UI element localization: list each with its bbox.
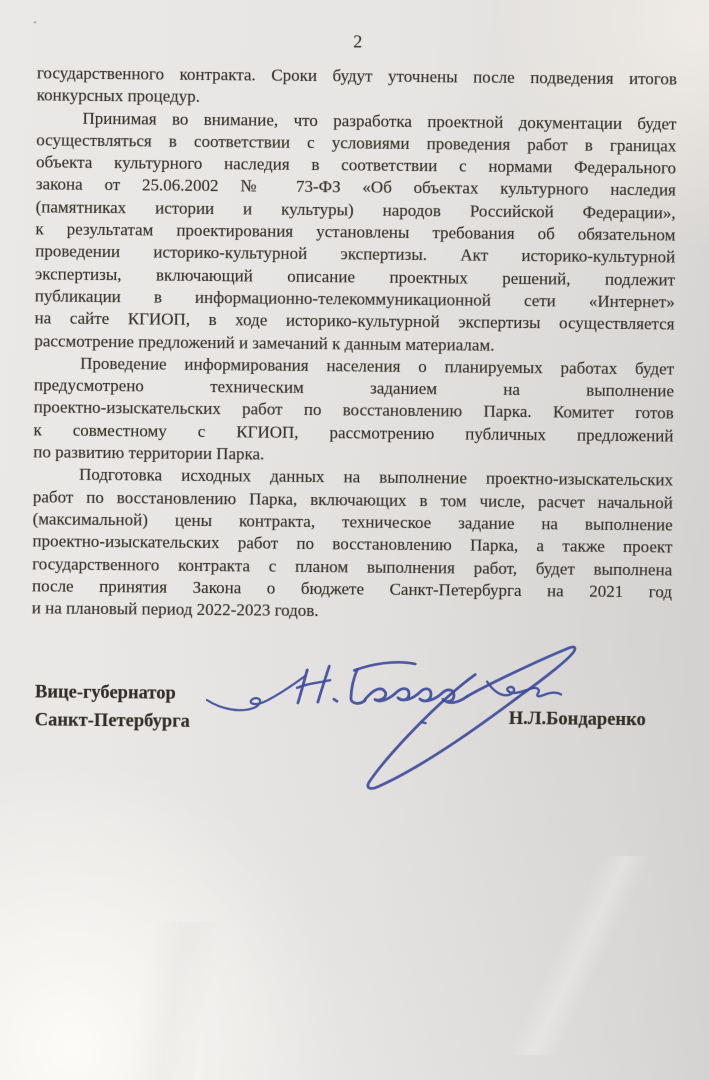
document-photo: 2 государственного контракта. Сроки буду… [0,0,709,1080]
paragraph: Подготовка исходных данных на выполнение… [32,464,673,626]
paragraph: Принимая во внимание, что разработка про… [34,107,676,358]
paper-sheet: 2 государственного контракта. Сроки буду… [0,0,709,1080]
document-body: государственного контракта. Сроки будут … [32,62,677,626]
paper-speck [33,21,36,23]
paper-crease [414,854,709,1057]
paper-crease [0,920,385,1080]
paragraph: государственного контракта. Сроки будут … [37,62,677,113]
signer-name: Н.Л.Бондаренко [509,709,646,731]
page-number: 2 [3,28,709,56]
paragraph: Проведение информирования населения о пл… [33,352,674,470]
